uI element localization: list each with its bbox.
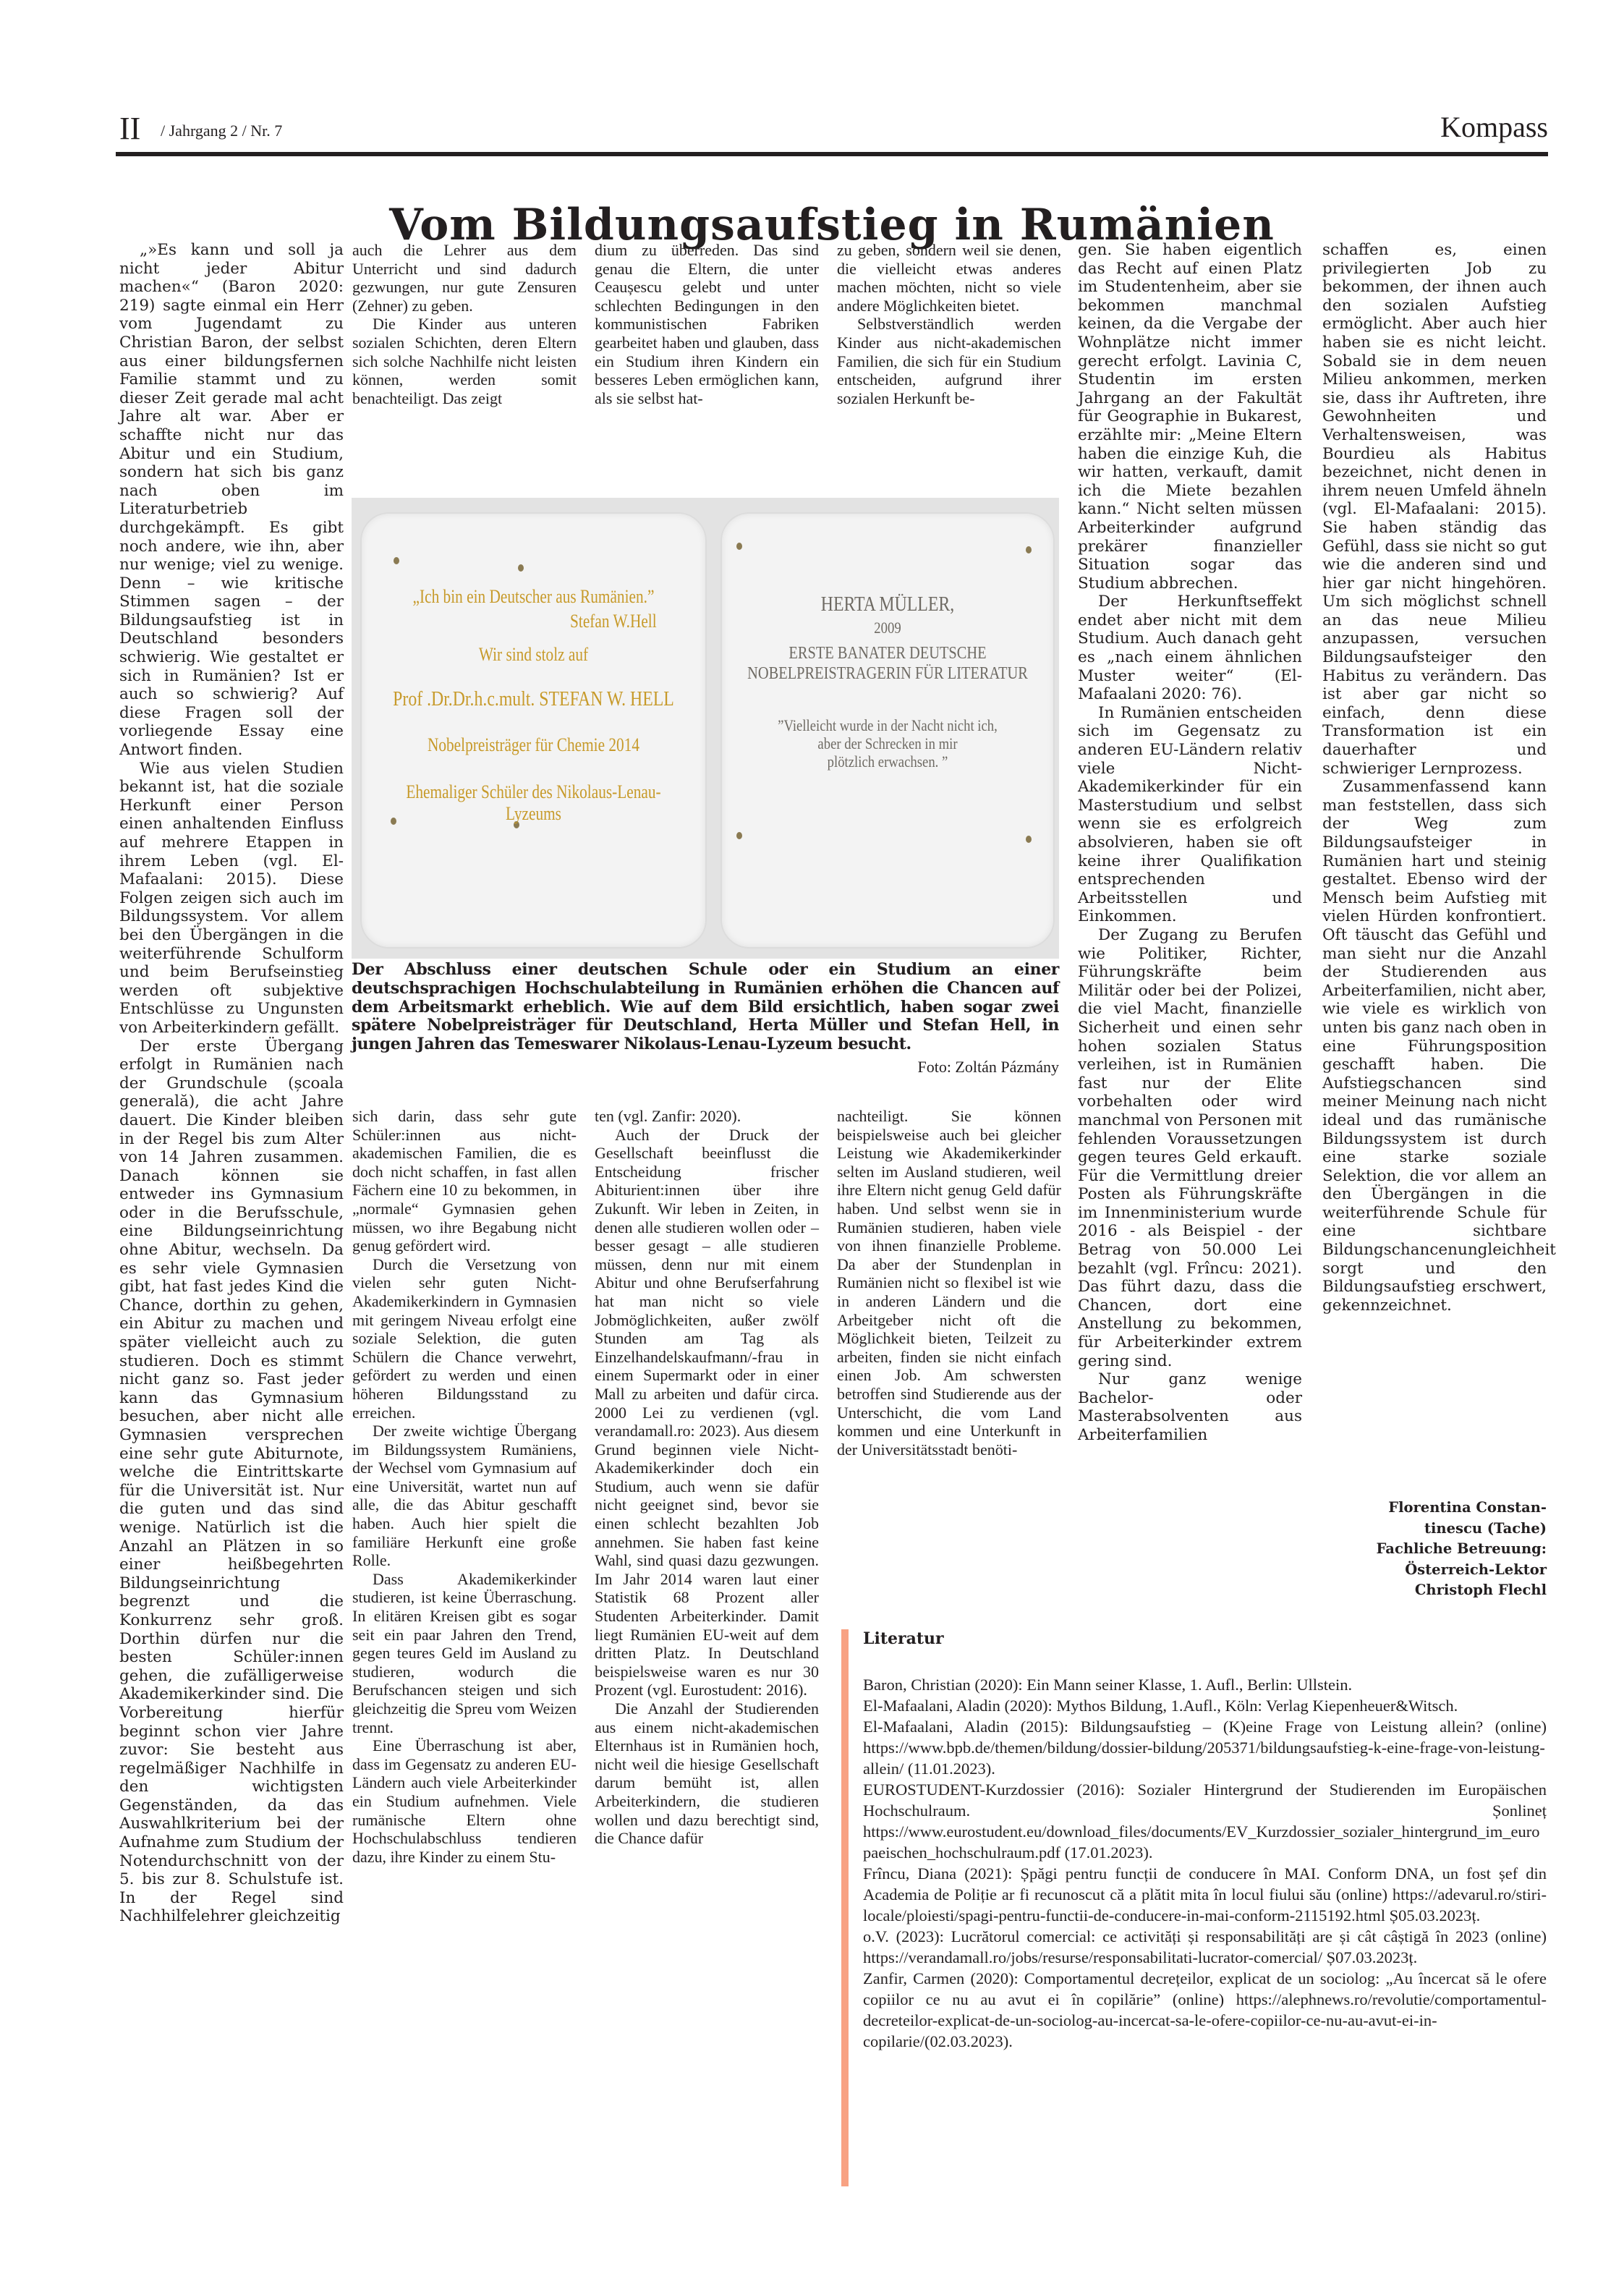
paragraph: Der Herkunftseffekt endet aber nicht mit…	[1078, 593, 1302, 704]
header-rule	[116, 152, 1548, 156]
reference-entry: EUROSTUDENT-Kurzdossier (2016): Sozialer…	[863, 1779, 1547, 1863]
plaque-school: Ehemaliger Schüler des Nikolaus-Lenau-Ly…	[393, 781, 675, 825]
issue-info: / Jahrgang 2 / Nr. 7	[161, 122, 282, 140]
plaque-name: HERTA MÜLLER,	[747, 593, 1028, 616]
plaque-quote: ”Vielleicht wurde in der Nacht nicht ich…	[747, 716, 1028, 735]
photo-credit: Foto: Zoltán Pázmány	[352, 1058, 1059, 1077]
plaque-year: 2009	[747, 619, 1028, 637]
reference-entry: El-Mafaalani, Aladin (2020): Mythos Bild…	[863, 1695, 1547, 1716]
paragraph: In Rumänien entscheiden sich im Gegensat…	[1078, 704, 1302, 926]
paragraph: Zusammenfassend kann man feststellen, da…	[1322, 778, 1547, 1315]
author-name: Florentina Constan-	[1324, 1498, 1547, 1519]
paragraph: Der erste Übergang erfolgt in Rumänien n…	[119, 1037, 344, 1927]
literatur-title: Literatur	[863, 1629, 1547, 1648]
paragraph: gen. Sie haben eigentlich das Recht auf …	[1078, 241, 1302, 593]
column-5: gen. Sie haben eigentlich das Recht auf …	[1078, 241, 1302, 1445]
plaque-stefan-hell: „Ich bin ein Deutscher aus Rumänien.” St…	[360, 512, 707, 948]
paragraph: Selbstverständlich werden Kinder aus nic…	[837, 315, 1061, 407]
paragraph: Wie aus vielen Studien bekannt ist, hat …	[119, 760, 344, 1037]
reference-entry: El-Mafaalani, Aladin (2015): Bildungsauf…	[863, 1716, 1547, 1779]
plaque-quote: plötzlich erwachsen. ”	[747, 752, 1028, 771]
plaque-herta-mueller: HERTA MÜLLER, 2009 ERSTE BANATER DEUTSCH…	[720, 512, 1055, 948]
paragraph: Eine Überraschung ist aber, dass im Gege…	[352, 1736, 577, 1866]
supervisor-role: Österreich-Lektor	[1324, 1560, 1547, 1581]
paragraph: Auch der Druck der Gesellschaft beeinflu…	[595, 1126, 819, 1699]
plaque-quote-author: Stefan W.Hell	[393, 611, 675, 632]
plaque-line: NOBELPREISTRAGERIN FÜR LITERATUR	[747, 664, 1028, 684]
reference-entry: Zanfir, Carmen (2020): Comportamentul de…	[863, 1968, 1547, 2052]
page-header: II / Jahrgang 2 / Nr. 7 Kompass	[116, 109, 1548, 152]
column-3-bottom: ten (vgl. Zanfir: 2020). Auch der Druck …	[595, 1107, 819, 1848]
plaque-line: Wir sind stolz auf	[393, 644, 675, 666]
column-2-bottom: sich darin, dass sehr gute Schüler:innen…	[352, 1107, 577, 1866]
reference-entry: Baron, Christian (2020): Ein Mann seiner…	[863, 1674, 1547, 1695]
paragraph: nachteiligt. Sie können beispielsweise a…	[837, 1107, 1061, 1459]
column-1: „»Es kann und soll ja nicht jeder Abitur…	[119, 241, 344, 1601]
author-block: Florentina Constan- tinescu (Tache) Fach…	[1324, 1498, 1547, 1601]
column-4-top: zu geben, sondern weil sie denen, die vi…	[837, 241, 1061, 407]
plaque-name: Prof .Dr.Dr.h.c.mult. STEFAN W. HELL	[393, 687, 675, 711]
plaque-quote: „Ich bin ein Deutscher aus Rumänien.”	[393, 586, 675, 608]
paragraph: Der zweite wichtige Übergang im Bildungs…	[352, 1422, 577, 1570]
column-6: schaffen es, einen privilegierten Job zu…	[1322, 241, 1547, 1315]
paragraph: Der Zugang zu Berufen wie Politiker, Ric…	[1078, 926, 1302, 1370]
photo-caption: Der Abschluss einer deutschen Schule ode…	[352, 961, 1059, 1054]
paragraph: ten (vgl. Zanfir: 2020).	[595, 1107, 819, 1126]
plaque-award: Nobelpreisträger für Chemie 2014	[393, 734, 675, 756]
reference-entry: o.V. (2023): Lucrătorul comercial: ce ac…	[863, 1926, 1547, 1968]
plaque-quote: aber der Schrecken in mir	[747, 734, 1028, 753]
column-3-top: dium zu überreden. Das sind genau die El…	[595, 241, 819, 407]
paragraph: auch die Lehrer aus dem Unterricht und s…	[352, 241, 577, 315]
author-name: tinescu (Tache)	[1324, 1519, 1547, 1540]
photo-plaques: „Ich bin ein Deutscher aus Rumänien.” St…	[352, 498, 1059, 959]
column-2-top: auch die Lehrer aus dem Unterricht und s…	[352, 241, 577, 407]
supervisor-name: Christoph Flechl	[1324, 1580, 1547, 1601]
paragraph: Die Anzahl der Studierenden aus einem ni…	[595, 1699, 819, 1848]
paragraph: Durch die Versetzung von vielen sehr gut…	[352, 1255, 577, 1422]
literatur-box: Literatur Baron, Christian (2020): Ein M…	[841, 1629, 1547, 2186]
supervision-label: Fachliche Betreuung:	[1324, 1539, 1547, 1560]
paragraph: „»Es kann und soll ja nicht jeder Abitur…	[119, 241, 344, 760]
paragraph: zu geben, sondern weil sie denen, die vi…	[837, 241, 1061, 315]
page-number: II	[119, 110, 140, 147]
column-4-bottom: nachteiligt. Sie können beispielsweise a…	[837, 1107, 1061, 1459]
paragraph: Dass Akademikerkinder studieren, ist kei…	[352, 1570, 577, 1736]
paragraph: sich darin, dass sehr gute Schüler:innen…	[352, 1107, 577, 1255]
plaque-line: ERSTE BANATER DEUTSCHE	[747, 644, 1028, 663]
paragraph: Die Kinder aus unteren sozialen Schichte…	[352, 315, 577, 407]
paragraph: dium zu überreden. Das sind genau die El…	[595, 241, 819, 407]
paragraph: schaffen es, einen privilegierten Job zu…	[1322, 241, 1547, 778]
reference-entry: Frîncu, Diana (2021): Șpăgi pentru funcț…	[863, 1863, 1547, 1926]
paragraph: Nur ganz wenige Bachelor- oder Masterabs…	[1078, 1370, 1302, 1444]
section-name: Kompass	[1440, 110, 1548, 144]
